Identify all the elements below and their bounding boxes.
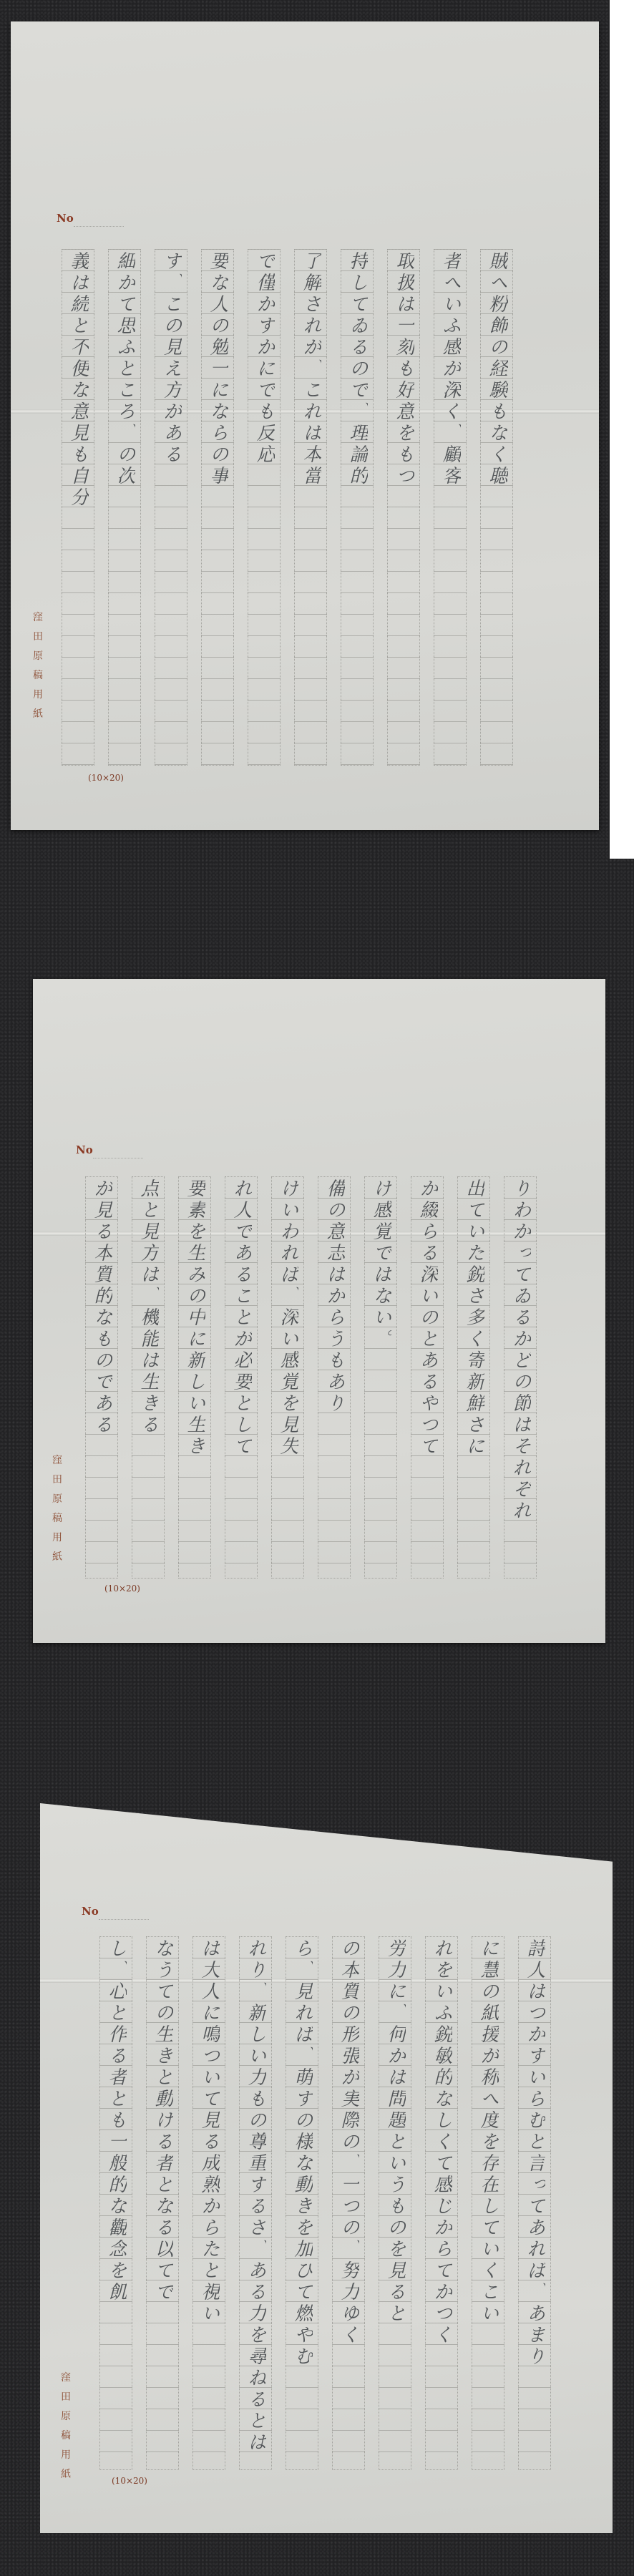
- imprint-char: 紙: [32, 705, 44, 724]
- manuscript-grid: 賊ヘ粉飾の経験もなく聴 者へいふ感が深く、顧客 取扱は一刻も好意をもつ 持してゐ…: [48, 249, 513, 764]
- handwritten-line: なうての生きと動ける者となる以てで: [153, 1938, 172, 2303]
- handwritten-line: 細かて思ふところ、の次: [115, 251, 134, 487]
- handwritten-line: れをいふ鋭敏的なしくて感じからてかつく: [432, 1938, 451, 2346]
- manuscript-sheet-2: No 窪 田 原 稿 用 紙 (10×20) りわかってゐるかどの節はそれぞれ …: [33, 979, 605, 1643]
- number-label: No: [57, 212, 74, 225]
- handwritten-line: の本質の形張が実際の、一つの、努力ゆく: [339, 1938, 358, 2346]
- handwritten-line: 詩人はつかすいらむと言ってあれば、あまり: [525, 1938, 544, 2368]
- grid-column: りわかってゐるかどの節はそれぞれ: [504, 1176, 537, 1579]
- grid-column: の本質の形張が実際の、一つの、努力ゆく: [332, 1936, 365, 2470]
- number-field-line: [74, 226, 124, 227]
- number-field-line: [93, 1158, 143, 1158]
- grid-column: 点と見方は、機能は生きる: [132, 1176, 165, 1579]
- handwritten-line: で僅かすかにでも反応: [255, 251, 273, 466]
- grid-column: ら、見れば、萌すの様な動きを加ひて燃やむ: [286, 1936, 318, 2470]
- imprint-char: 田: [60, 2388, 72, 2407]
- handwritten-line: れ人であることが必要として: [232, 1179, 250, 1458]
- handwritten-line: 労力に、何かは問題というものを見ると: [386, 1938, 404, 2325]
- photo-page-1: No 窪 田 原 稿 用 紙 (10×20) 賊ヘ粉飾の経験もなく聴 者へいふ感…: [0, 0, 610, 859]
- manuscript-grid: 詩人はつかすいらむと言ってあれば、あまり に慧の紙援が称へ度を存在していくこい …: [79, 1936, 551, 2469]
- imprint-char: 原: [52, 1490, 63, 1509]
- imprint-char: 田: [32, 628, 44, 647]
- imprint-char: 用: [32, 686, 44, 705]
- manuscript-grid: りわかってゐるかどの節はそれぞれ 出ていた鋭さ多く寄新鮮さに か綴らる深いのとあ…: [72, 1176, 537, 1577]
- grid-column: 了解されが、これは本當: [294, 249, 327, 766]
- photo-page-2: No 窪 田 原 稿 用 紙 (10×20) りわかってゐるかどの節はそれぞれ …: [0, 859, 634, 1717]
- grid-column: 要な人の勉一にならの事: [201, 249, 234, 766]
- handwritten-line: 者へいふ感が深く、顧客: [441, 251, 459, 487]
- grid-column: し、心と作る者とも一般的な觀念を飢: [99, 1936, 132, 2470]
- handwritten-line: 義は続と不便な意見も自分: [69, 251, 87, 509]
- paper-imprint: 窪 田 原 稿 用 紙: [32, 608, 44, 724]
- handwritten-line: りわかってゐるかどの節はそれぞれ: [511, 1179, 530, 1522]
- grid-column: か綴らる深いのとあるやつて: [411, 1176, 444, 1579]
- handwritten-line: が見る本質的なものである: [92, 1179, 111, 1436]
- number-field-line: [99, 1919, 149, 1920]
- grid-column: に慧の紙援が称へ度を存在していくこい: [472, 1936, 504, 2470]
- manuscript-sheet-3: No 窪 田 原 稿 用 紙 (10×20) 詩人はつかすいらむと言ってあれば、…: [40, 1803, 613, 2533]
- number-label: No: [82, 1905, 99, 1918]
- grid-column: 持してゐるので、理論的: [341, 249, 374, 766]
- handwritten-line: す、この見え方がある: [162, 251, 180, 466]
- handwritten-line: け感覚ではない。: [371, 1179, 390, 1350]
- handwritten-line: 要な人の勉一にならの事: [208, 251, 227, 487]
- grid-column: 取扱は一刻も好意をもつ: [387, 249, 420, 766]
- imprint-char: 窪: [60, 2368, 72, 2388]
- grid-column: 出ていた鋭さ多く寄新鮮さに: [457, 1176, 490, 1579]
- grid-column: 備の意志はからうもあり: [318, 1176, 351, 1579]
- imprint-char: 稿: [60, 2426, 72, 2446]
- imprint-char: 原: [32, 647, 44, 666]
- grid-column: 細かて思ふところ、の次: [108, 249, 141, 766]
- grid-column: 義は続と不便な意見も自分: [62, 249, 94, 766]
- imprint-char: 田: [52, 1470, 63, 1490]
- grid-size-label: (10×20): [88, 773, 124, 783]
- grid-column: 要素を生みの中に新しい生き: [178, 1176, 211, 1579]
- handwritten-line: 持してゐるので、理論的: [348, 251, 366, 487]
- grid-column: 者へいふ感が深く、顧客: [434, 249, 467, 766]
- grid-column: れり、新しい力もの尊重するさ、ある力を尋ねるとは: [239, 1936, 272, 2470]
- photo-page-3: No 窪 田 原 稿 用 紙 (10×20) 詩人はつかすいらむと言ってあれば、…: [0, 1717, 634, 2576]
- imprint-char: 紙: [60, 2465, 72, 2484]
- imprint-char: 原: [60, 2407, 72, 2426]
- handwritten-line: 取扱は一刻も好意をもつ: [394, 251, 413, 487]
- grid-column: す、この見え方がある: [155, 249, 187, 766]
- handwritten-line: 出ていた鋭さ多く寄新鮮さに: [464, 1179, 483, 1458]
- handwritten-line: れり、新しい力もの尊重するさ、ある力を尋ねるとは: [246, 1938, 265, 2454]
- grid-column: で僅かすかにでも反応: [248, 249, 281, 766]
- handwritten-line: に慧の紙援が称へ度を存在していくこい: [479, 1938, 497, 2325]
- imprint-char: 用: [60, 2446, 72, 2465]
- grid-column: なうての生きと動ける者となる以てで: [146, 1936, 179, 2470]
- grid-column: 労力に、何かは問題というものを見ると: [379, 1936, 411, 2470]
- handwritten-line: 要素を生みの中に新しい生き: [185, 1179, 204, 1458]
- grid-column: 詩人はつかすいらむと言ってあれば、あまり: [518, 1936, 551, 2470]
- handwritten-line: か綴らる深いのとあるやつて: [418, 1179, 437, 1458]
- grid-column: れ人であることが必要として: [225, 1176, 258, 1579]
- manuscript-sheet-1: No 窪 田 原 稿 用 紙 (10×20) 賊ヘ粉飾の経験もなく聴 者へいふ感…: [11, 21, 599, 830]
- number-label: No: [76, 1143, 93, 1156]
- grid-column: け感覚ではない。: [364, 1176, 397, 1579]
- handwritten-line: 備の意志はからうもあり: [325, 1179, 343, 1415]
- handwritten-line: は大人に鳴ついて見る成熟からたと視い: [200, 1938, 218, 2325]
- paper-imprint: 窪 田 原 稿 用 紙: [52, 1451, 63, 1567]
- grid-column: は大人に鳴ついて見る成熟からたと視い: [192, 1936, 225, 2470]
- handwritten-line: し、心と作る者とも一般的な觀念を飢: [107, 1938, 125, 2303]
- handwritten-line: 賊ヘ粉飾の経験もなく聴: [487, 251, 506, 487]
- handwritten-line: 点と見方は、機能は生きる: [139, 1179, 157, 1436]
- imprint-char: 紙: [52, 1548, 63, 1567]
- imprint-char: 窪: [52, 1451, 63, 1470]
- grid-column: が見る本質的なものである: [85, 1176, 118, 1579]
- handwritten-line: ら、見れば、萌すの様な動きを加ひて燃やむ: [293, 1938, 311, 2368]
- imprint-char: 稿: [32, 666, 44, 686]
- grid-size-label: (10×20): [104, 1584, 140, 1594]
- imprint-char: 稿: [52, 1509, 63, 1528]
- grid-size-label: (10×20): [112, 2476, 147, 2486]
- paper-imprint: 窪 田 原 稿 用 紙: [60, 2368, 72, 2484]
- grid-column: 賊ヘ粉飾の経験もなく聴: [480, 249, 513, 766]
- imprint-char: 窪: [32, 608, 44, 628]
- handwritten-line: 了解されが、これは本當: [301, 251, 320, 487]
- grid-column: けいわれば、深い感覚を見失: [271, 1176, 304, 1579]
- grid-column: れをいふ鋭敏的なしくて感じからてかつく: [425, 1936, 458, 2470]
- imprint-char: 用: [52, 1528, 63, 1548]
- handwritten-line: けいわれば、深い感覚を見失: [278, 1179, 297, 1458]
- blank-margin: [610, 0, 634, 859]
